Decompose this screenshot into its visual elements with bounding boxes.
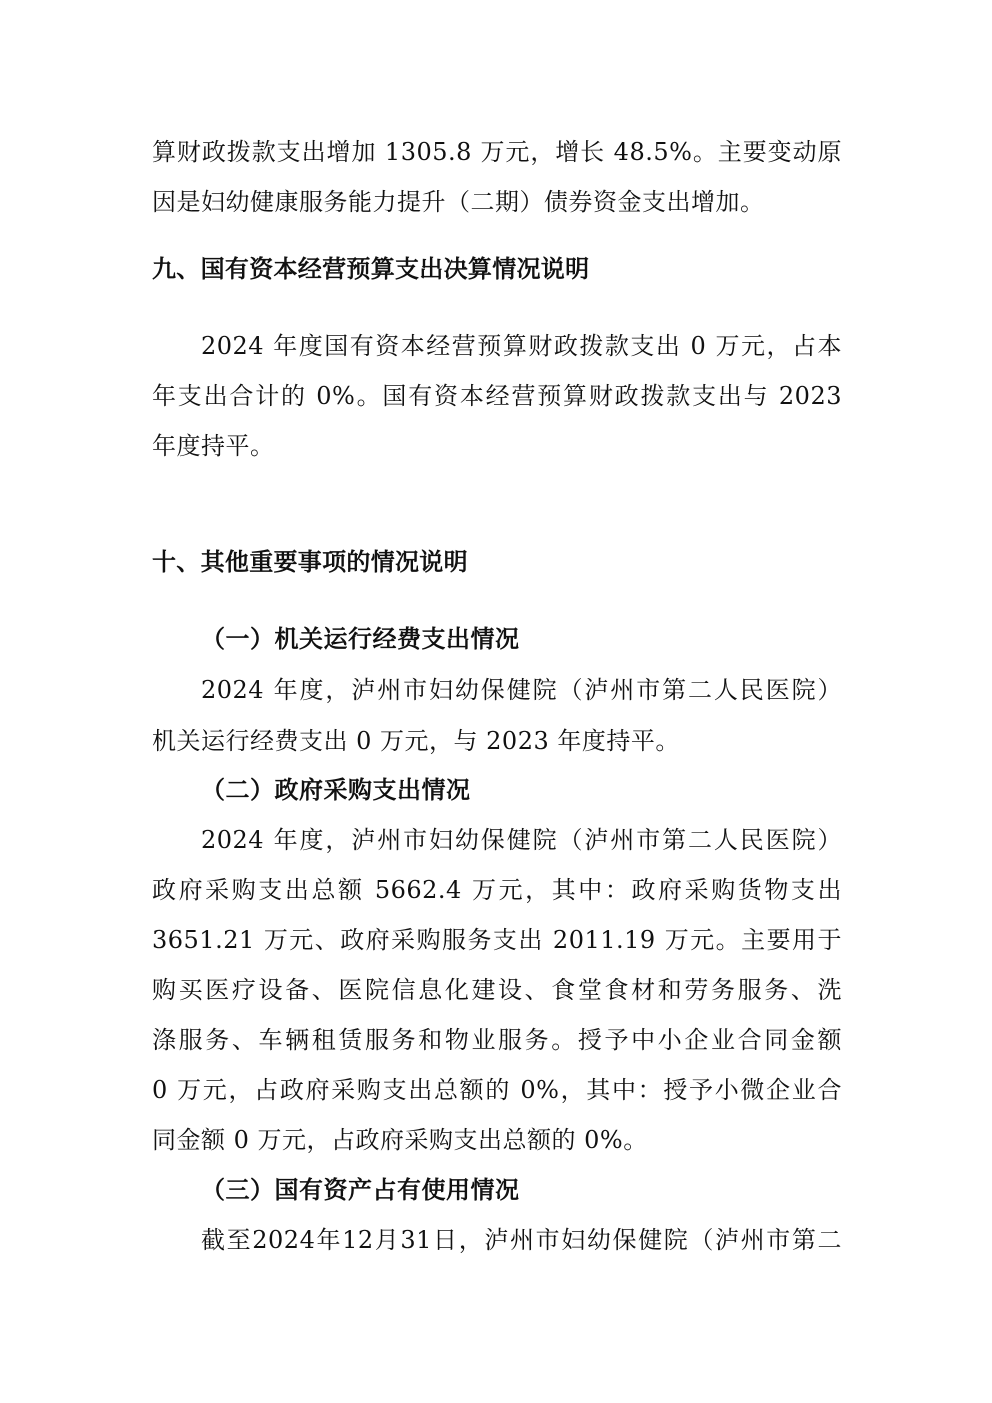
paragraph-line: 算财政拨款支出增加 1305.8 万元，增长 48.5%。主要变动原 [152, 137, 842, 167]
paragraph-line: 3651.21 万元、政府采购服务支出 2011.19 万元。主要用于 [152, 925, 842, 955]
section-heading-9: 九、国有资本经营预算支出决算情况说明 [152, 254, 589, 284]
paragraph-line: 购买医疗设备、医院信息化建设、食堂食材和劳务服务、洗 [152, 975, 842, 1005]
paragraph-line: 机关运行经费支出 0 万元，与 2023 年度持平。 [152, 726, 680, 756]
subsection-heading-3: （三）国有资产占有使用情况 [201, 1175, 520, 1205]
subsection-heading-1: （一）机关运行经费支出情况 [201, 624, 520, 654]
paragraph-line: 政府采购支出总额 5662.4 万元，其中：政府采购货物支出 [152, 875, 842, 905]
paragraph-line: 年度持平。 [152, 431, 275, 461]
paragraph-line: 因是妇幼健康服务能力提升（二期）债券资金支出增加。 [152, 187, 765, 217]
paragraph-line: 2024 年度国有资本经营预算财政拨款支出 0 万元，占本 [201, 331, 842, 361]
paragraph-line: 2024 年度，泸州市妇幼保健院（泸州市第二人民医院） [201, 675, 842, 705]
document-page: 算财政拨款支出增加 1305.8 万元，增长 48.5%。主要变动原 因是妇幼健… [0, 0, 992, 1403]
paragraph-line: 年支出合计的 0%。国有资本经营预算财政拨款支出与 2023 [152, 381, 842, 411]
paragraph-line: 同金额 0 万元，占政府采购支出总额的 0%。 [152, 1125, 648, 1155]
subsection-heading-2: （二）政府采购支出情况 [201, 775, 471, 805]
paragraph-line: 0 万元，占政府采购支出总额的 0%，其中：授予小微企业合 [152, 1075, 842, 1105]
paragraph-line: 2024 年度，泸州市妇幼保健院（泸州市第二人民医院） [201, 825, 842, 855]
section-heading-10: 十、其他重要事项的情况说明 [152, 547, 468, 577]
paragraph-line: 涤服务、车辆租赁服务和物业服务。授予中小企业合同金额 [152, 1025, 842, 1055]
paragraph-line: 截至2024年12月31日，泸州市妇幼保健院（泸州市第二 [201, 1225, 842, 1255]
